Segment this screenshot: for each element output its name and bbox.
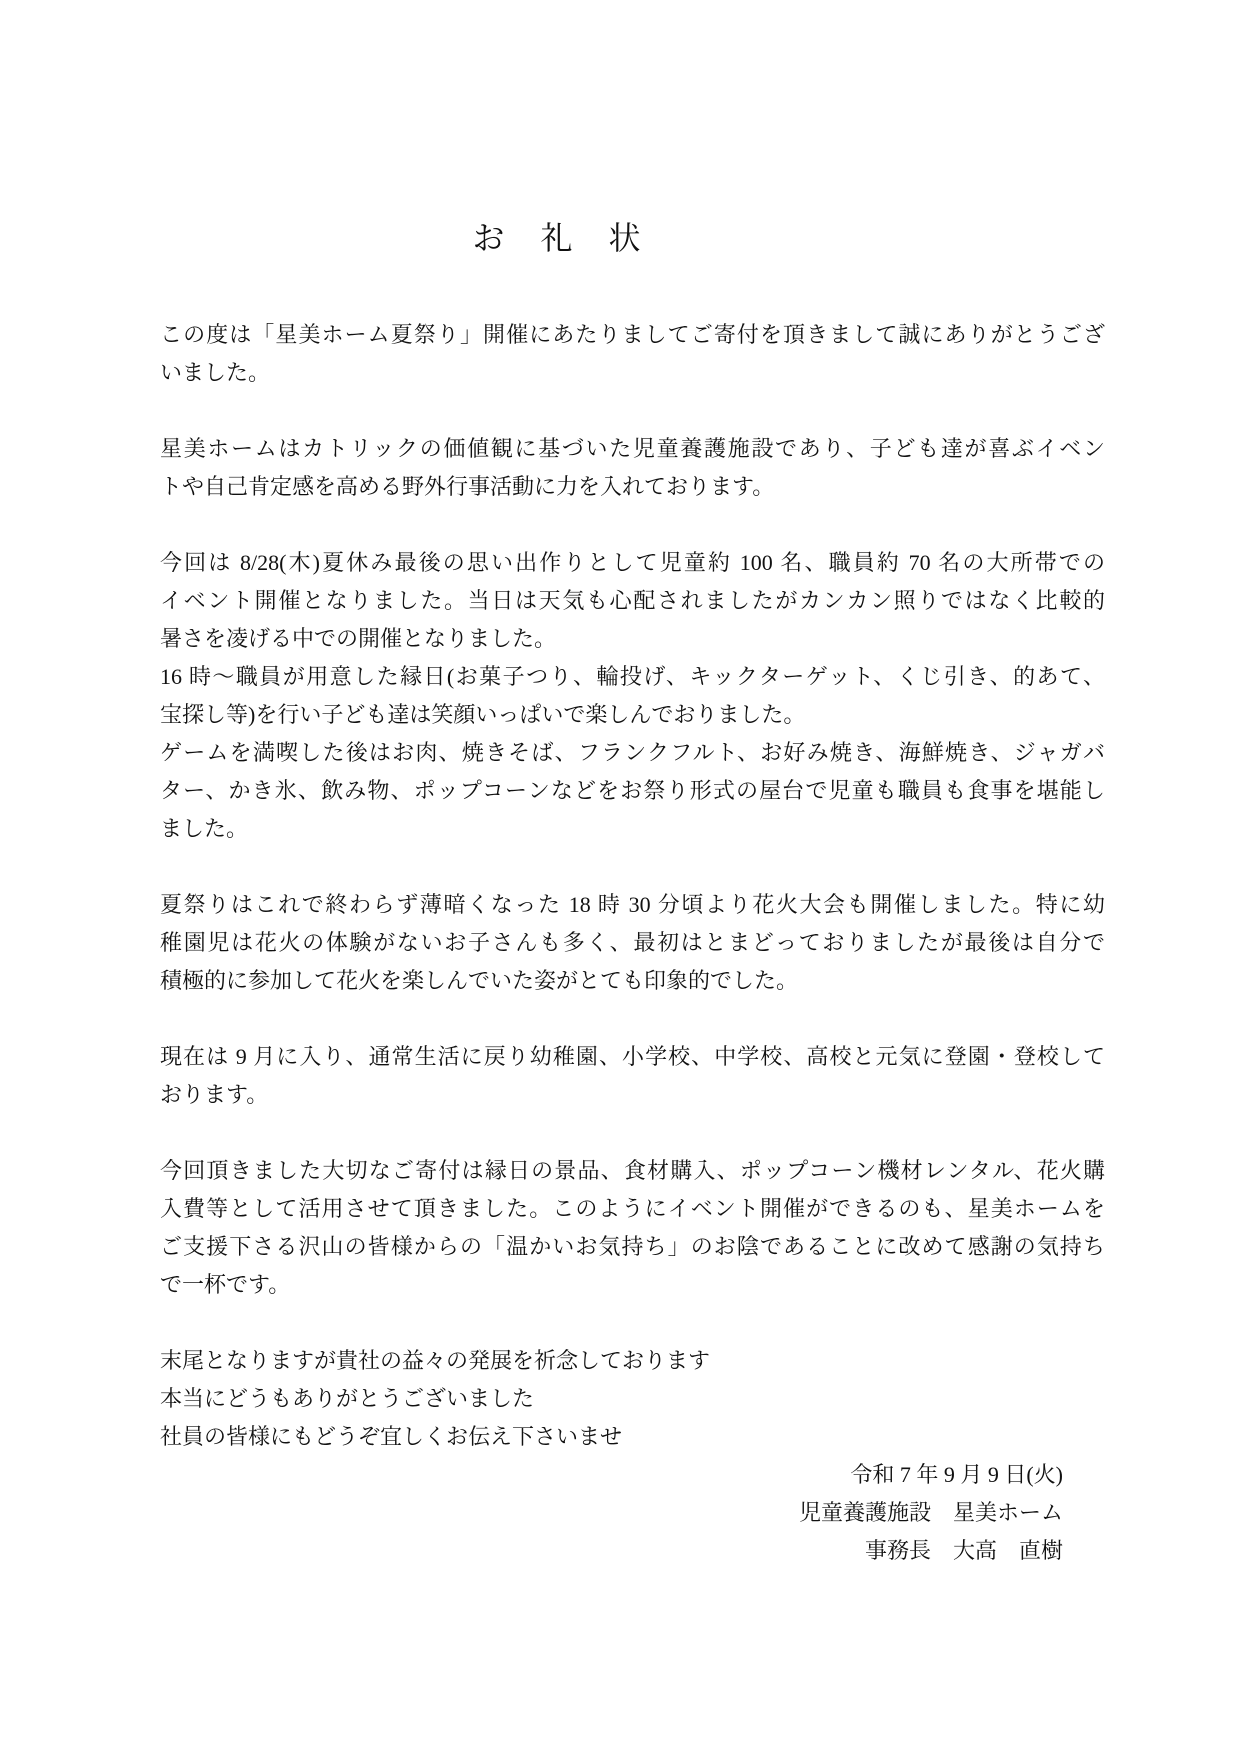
text-line: で一杯です。 [160, 1266, 1105, 1304]
text-line: 夏祭りはこれで終わらず薄暗くなった 18 時 30 分頃より花火大会も開催しまし… [160, 886, 1105, 924]
paragraph: 星美ホームはカトリックの価値観に基づいた児童養護施設であり、子ども達が喜ぶイベン… [160, 430, 1105, 506]
paragraph: 末尾となりますが貴社の益々の発展を祈念しております本当にどうもありがとうございま… [160, 1342, 1105, 1456]
text-line: この度は「星美ホーム夏祭り」開催にあたりましてご寄付を頂きまして誠にありがとうご… [160, 316, 1105, 354]
text-line: 今回は 8/28(木)夏休み最後の思い出作りとして児童約 100 名、職員約 7… [160, 544, 1105, 582]
text-line: ご支援下さる沢山の皆様からの「温かいお気持ち」のお陰であることに改めて感謝の気持… [160, 1228, 1105, 1266]
signature-line: 令和 7 年 9 月 9 日(火) [160, 1456, 1105, 1494]
letter-page: お 礼 状 この度は「星美ホーム夏祭り」開催にあたりましてご寄付を頂きまして誠に… [0, 0, 1241, 1755]
signature-block: 令和 7 年 9 月 9 日(火)児童養護施設 星美ホーム事務長 大高 直樹 [160, 1456, 1105, 1570]
text-line: 16 時～職員が用意した縁日(お菓子つり、輪投げ、キックターゲット、くじ引き、的… [160, 658, 1105, 696]
paragraph: 夏祭りはこれで終わらず薄暗くなった 18 時 30 分頃より花火大会も開催しまし… [160, 886, 1105, 1000]
paragraph: 現在は 9 月に入り、通常生活に戻り幼稚園、小学校、中学校、高校と元気に登園・登… [160, 1038, 1105, 1114]
text-line: 入費等として活用させて頂きました。このようにイベント開催ができるのも、星美ホーム… [160, 1190, 1105, 1228]
text-line: いました。 [160, 354, 1105, 392]
paragraph: 今回は 8/28(木)夏休み最後の思い出作りとして児童約 100 名、職員約 7… [160, 544, 1105, 848]
signature-line: 事務長 大高 直樹 [160, 1532, 1105, 1570]
text-line: 稚園児は花火の体験がないお子さんも多く、最初はとまどっておりましたが最後は自分で [160, 924, 1105, 962]
letter-title: お 礼 状 [160, 216, 1105, 260]
signature-line: 児童養護施設 星美ホーム [160, 1494, 1105, 1532]
text-line: 星美ホームはカトリックの価値観に基づいた児童養護施設であり、子ども達が喜ぶイベン [160, 430, 1105, 468]
text-line: トや自己肯定感を高める野外行事活動に力を入れております。 [160, 468, 1105, 506]
paragraph: 今回頂きました大切なご寄付は縁日の景品、食材購入、ポップコーン機材レンタル、花火… [160, 1152, 1105, 1304]
text-line: ました。 [160, 810, 1105, 848]
text-line: 今回頂きました大切なご寄付は縁日の景品、食材購入、ポップコーン機材レンタル、花火… [160, 1152, 1105, 1190]
text-line: おります。 [160, 1076, 1105, 1114]
text-line: 宝探し等)を行い子ども達は笑顔いっぱいで楽しんでおりました。 [160, 696, 1105, 734]
text-line: ゲームを満喫した後はお肉、焼きそば、フランクフルト、お好み焼き、海鮮焼き、ジャガ… [160, 734, 1105, 772]
text-line: イベント開催となりました。当日は天気も心配されましたがカンカン照りではなく比較的 [160, 582, 1105, 620]
text-line: 本当にどうもありがとうございました [160, 1380, 1105, 1418]
paragraph: この度は「星美ホーム夏祭り」開催にあたりましてご寄付を頂きまして誠にありがとうご… [160, 316, 1105, 392]
text-line: 社員の皆様にもどうぞ宜しくお伝え下さいませ [160, 1418, 1105, 1456]
text-line: 末尾となりますが貴社の益々の発展を祈念しております [160, 1342, 1105, 1380]
text-line: ター、かき氷、飲み物、ポップコーンなどをお祭り形式の屋台で児童も職員も食事を堪能… [160, 772, 1105, 810]
letter-body: この度は「星美ホーム夏祭り」開催にあたりましてご寄付を頂きまして誠にありがとうご… [160, 316, 1105, 1570]
text-line: 積極的に参加して花火を楽しんでいた姿がとても印象的でした。 [160, 962, 1105, 1000]
text-line: 暑さを凌げる中での開催となりました。 [160, 620, 1105, 658]
text-line: 現在は 9 月に入り、通常生活に戻り幼稚園、小学校、中学校、高校と元気に登園・登… [160, 1038, 1105, 1076]
